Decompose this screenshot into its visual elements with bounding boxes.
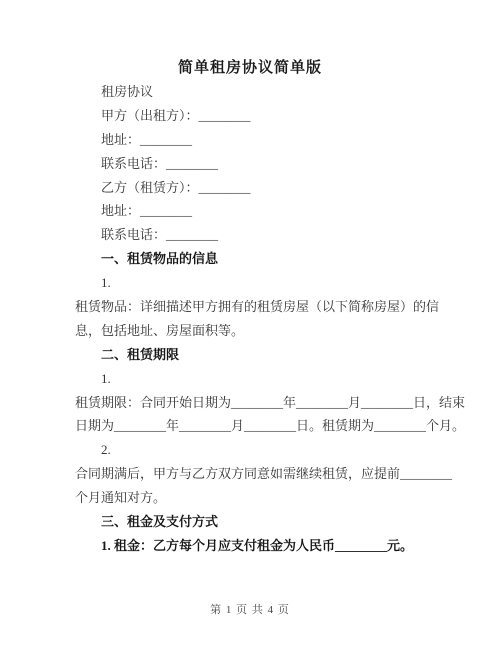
document-body: 租房协议甲方（出租方）：________地址：________联系电话：____…: [75, 80, 431, 558]
heading-line: 二、租赁期限: [75, 343, 431, 367]
heading-line: 一、租赁物品的信息: [75, 247, 431, 271]
body-line: 地址：________: [75, 128, 431, 152]
body-line: 个月通知对方。: [75, 486, 431, 510]
document-page: 简单租房协议简单版 租房协议甲方（出租方）：________地址：_______…: [0, 0, 500, 647]
body-line: 1.: [75, 367, 431, 391]
heading-line: 三、租金及支付方式: [75, 510, 431, 534]
page-number-footer: 第 1 页 共 4 页: [0, 602, 500, 618]
body-line: 日期为________年________月________日。租赁期为_____…: [75, 414, 431, 438]
heading-line: 1. 租金：乙方每个月应支付租金为人民币________元。: [75, 534, 431, 558]
body-line: 乙方（租赁方）：________: [75, 176, 431, 200]
body-line: 2.: [75, 438, 431, 462]
body-line: 1.: [75, 271, 431, 295]
body-line: 租赁物品：详细描述甲方拥有的租赁房屋（以下简称房屋）的信: [75, 295, 431, 319]
body-line: 地址：________: [75, 199, 431, 223]
body-line: 租赁期限：合同开始日期为________年________月________日，…: [75, 391, 431, 415]
body-line: 联系电话：________: [75, 223, 431, 247]
body-line: 合同期满后，甲方与乙方双方同意如需继续租赁，应提前________: [75, 462, 431, 486]
document-title: 简单租房协议简单版: [0, 56, 500, 80]
body-line: 息，包括地址、房屋面积等。: [75, 319, 431, 343]
body-line: 联系电话：________: [75, 152, 431, 176]
body-line: 租房协议: [75, 80, 431, 104]
body-line: 甲方（出租方）：________: [75, 104, 431, 128]
